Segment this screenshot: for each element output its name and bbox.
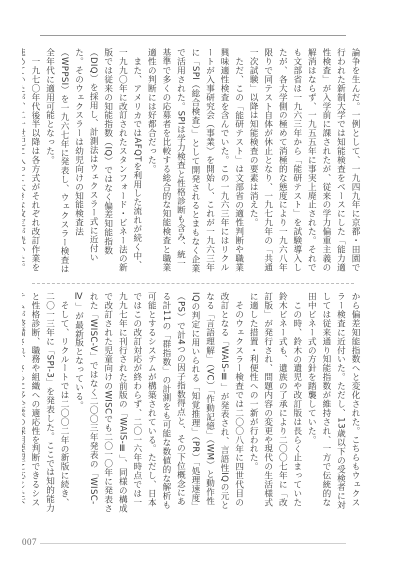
paragraph: から偏差知能指数へと変化された。こちらもウェクスラー検査に近付いた。ただし、13… xyxy=(304,292,362,514)
section-separator xyxy=(32,283,354,284)
paragraph: 一九七〇年代後半以降は各方式がそれぞれ改訂作業を進めていたが、二一世紀に入って大… xyxy=(22,48,42,276)
paragraph: そのウェクスラー検査では二〇〇八年に四世代目の改訂となる「WAIS-Ⅲ」が発表さ… xyxy=(71,292,246,514)
paragraph: また、アメリカではAFQTを利用した流れが続く中、一九九〇年に改訂されたスタンフ… xyxy=(42,48,144,276)
paragraph: そして、リクルートでは二〇〇二年の新版に続き、二〇一三年に「SPI-3」を発表し… xyxy=(22,292,71,514)
lower-text-section: から偏差知能指数へと変化された。こちらもウェクスラー検査に近付いた。ただし、13… xyxy=(22,292,362,514)
paragraph: ただ、この「能研テスト」は文部省の適性判断や職業興味適性検査を含んでいた。この一… xyxy=(144,48,246,276)
paragraph: この時、鈴木の遺児や改訂版は長らく止まっていた鈴木ビネー式も、遺族の了承により二… xyxy=(246,292,304,514)
top-rule xyxy=(40,35,346,36)
upper-text-section: 論争を生んだ。一例として、一九四九年に京都・田園で行われた新制大学では知能検査を… xyxy=(22,48,362,276)
paragraph: 論争を生んだ。一例として、一九四九年に京都・田園で行われた新制大学では知能検査を… xyxy=(246,48,362,276)
page-number: 007 xyxy=(22,537,37,547)
bottom-rule xyxy=(40,543,346,544)
